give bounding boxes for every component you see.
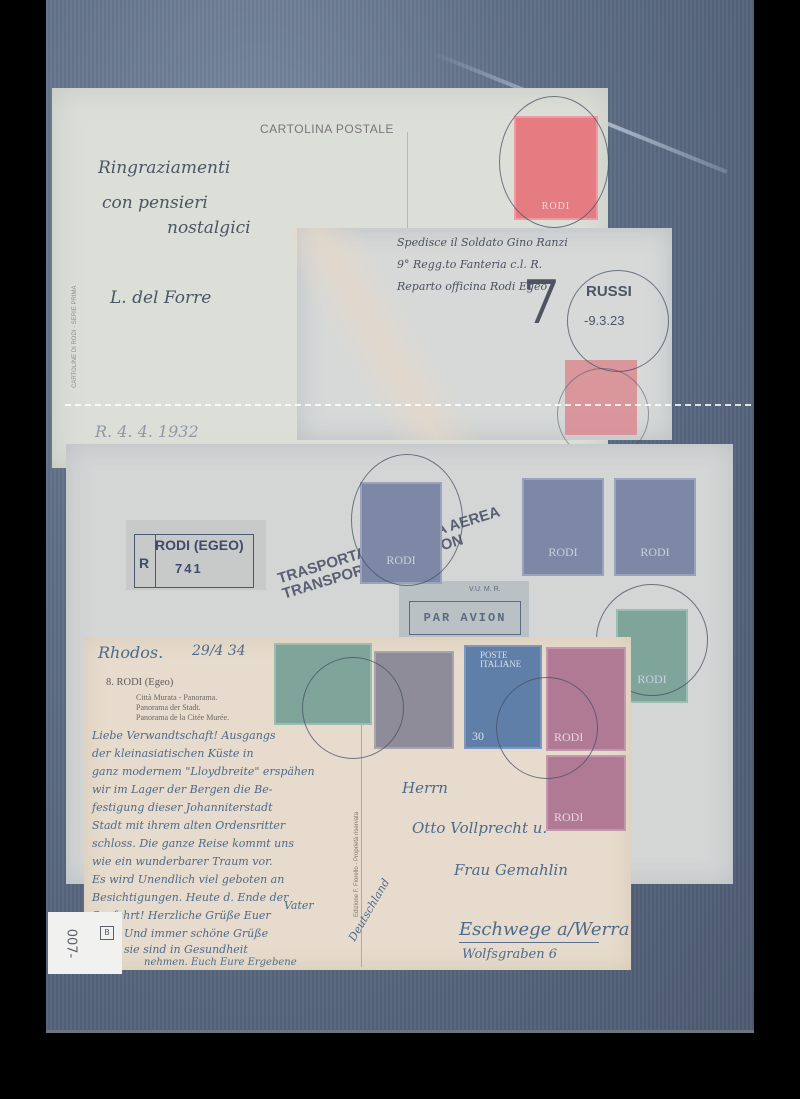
tag-code: 007- bbox=[63, 929, 78, 959]
address-country: Deutschland bbox=[346, 876, 392, 943]
message-line: schloss. Die ganze Reise kommt uns bbox=[92, 837, 294, 850]
pencil-note: R. 4. 4. 1932 bbox=[95, 422, 199, 441]
picture-postcard: Rhodos. 29/4 34 8. RODI (Egeo) Città Mur… bbox=[84, 637, 631, 970]
caption-line: Panorama de la Citée Murée. bbox=[136, 713, 229, 722]
address-name2: Frau Gemahlin bbox=[454, 861, 568, 879]
sleeve-edge bbox=[46, 1030, 754, 1033]
address-name: Otto Vollprecht u. bbox=[412, 819, 547, 837]
sender-line: Spedisce il Soldato Gino Ranzi bbox=[397, 236, 568, 249]
caption-number: 8. bbox=[106, 677, 114, 688]
postmark-aerea bbox=[351, 454, 463, 586]
message-line: Liebe Verwandtschaft! Ausgangs bbox=[92, 729, 276, 742]
caption-title-text: RODI (Egeo) bbox=[117, 677, 174, 688]
message-line: Es wird Unendlich viel geboten an bbox=[92, 873, 284, 886]
stamp-label: RODI bbox=[554, 810, 583, 825]
card-side-print: CARTOLINE DI RODI · SERIE PRIMA bbox=[72, 208, 78, 388]
postmark-town: RUSSI bbox=[586, 283, 632, 300]
message-line: ganz modernem "Lloydbreite" erspähen bbox=[92, 765, 315, 778]
message-line: festigung dieser Johanniterstadt bbox=[92, 801, 273, 814]
stamp-125: RODI bbox=[614, 478, 696, 576]
postmark-russi: RUSSI -9.3.23 bbox=[567, 270, 669, 372]
sleeve-seam bbox=[65, 404, 755, 406]
tax-mark: 7 bbox=[522, 268, 560, 338]
postmark-rodi bbox=[499, 96, 609, 228]
card-header: CARTOLINA POSTALE bbox=[260, 122, 394, 136]
stamp-label: POSTE ITALIANE bbox=[480, 651, 540, 669]
air-label-text: PAR AVION bbox=[409, 601, 521, 635]
stamp-label: RODI bbox=[524, 545, 602, 560]
message-line: nehmen. Euch Eure Ergebene bbox=[144, 957, 297, 968]
caption-line: Città Murata - Panorama. bbox=[136, 693, 217, 702]
address-street: Wolfsgraben 6 bbox=[462, 947, 557, 962]
address-salutation: Herrn bbox=[402, 779, 448, 797]
message-line: wie ein wunderbarer Traum vor. bbox=[92, 855, 273, 868]
message-line: Stadt mit ihrem alten Ordensritter bbox=[92, 819, 285, 832]
inventory-tag: 007- B bbox=[48, 912, 122, 974]
date: 29/4 34 bbox=[192, 643, 246, 659]
registration-label: R RODI (EGEO) 741 bbox=[126, 520, 266, 590]
handwriting-line: Ringraziamenti bbox=[98, 158, 230, 178]
postmark-rodi-egeo bbox=[302, 657, 404, 759]
message-line: sie sind in Gesundheit bbox=[124, 943, 248, 956]
air-label-top: V.U. M. R. bbox=[469, 586, 501, 593]
stamp-label: RODI bbox=[616, 545, 694, 560]
publisher: Edizione F. Fiorello - Proprietà riserva… bbox=[354, 812, 360, 917]
signature: L. del Forre bbox=[110, 288, 211, 308]
stamp-125: RODI bbox=[522, 478, 604, 576]
envelope-back: Spedisce il Soldato Gino Ranzi 9° Regg.t… bbox=[297, 228, 672, 440]
reg-letter: R bbox=[139, 555, 149, 571]
message-line: Besichtigungen. Heute d. Ende der bbox=[92, 891, 288, 904]
message-line: Und immer schöne Grüße bbox=[124, 927, 268, 940]
caption-title: 8. RODI (Egeo) bbox=[106, 677, 173, 688]
handwriting-line: nostalgici bbox=[167, 218, 251, 238]
sender-line: 9° Regg.to Fanteria c.l. R. bbox=[397, 258, 542, 271]
message-line: Vater bbox=[284, 899, 314, 912]
postmark-date: -9.3.23 bbox=[584, 313, 624, 328]
reg-number: 741 bbox=[175, 561, 203, 576]
par-avion-label: V.U. M. R. PAR AVION bbox=[399, 581, 529, 641]
reg-office: RODI (EGEO) bbox=[155, 537, 244, 553]
message-line: der kleinasiatischen Küste in bbox=[92, 747, 254, 760]
message-line: wir im Lager der Bergen die Be- bbox=[92, 783, 272, 796]
tag-box: B bbox=[100, 926, 114, 940]
stamp-denomination: 30 bbox=[472, 729, 484, 744]
postmark-rodi-egeo bbox=[496, 677, 598, 779]
place: Rhodos. bbox=[98, 643, 163, 662]
caption-line: Panorama der Stadt. bbox=[136, 703, 201, 712]
handwriting-line: con pensieri bbox=[102, 193, 208, 213]
underline bbox=[459, 942, 599, 943]
address-city: Eschwege a/Werra bbox=[459, 919, 629, 940]
